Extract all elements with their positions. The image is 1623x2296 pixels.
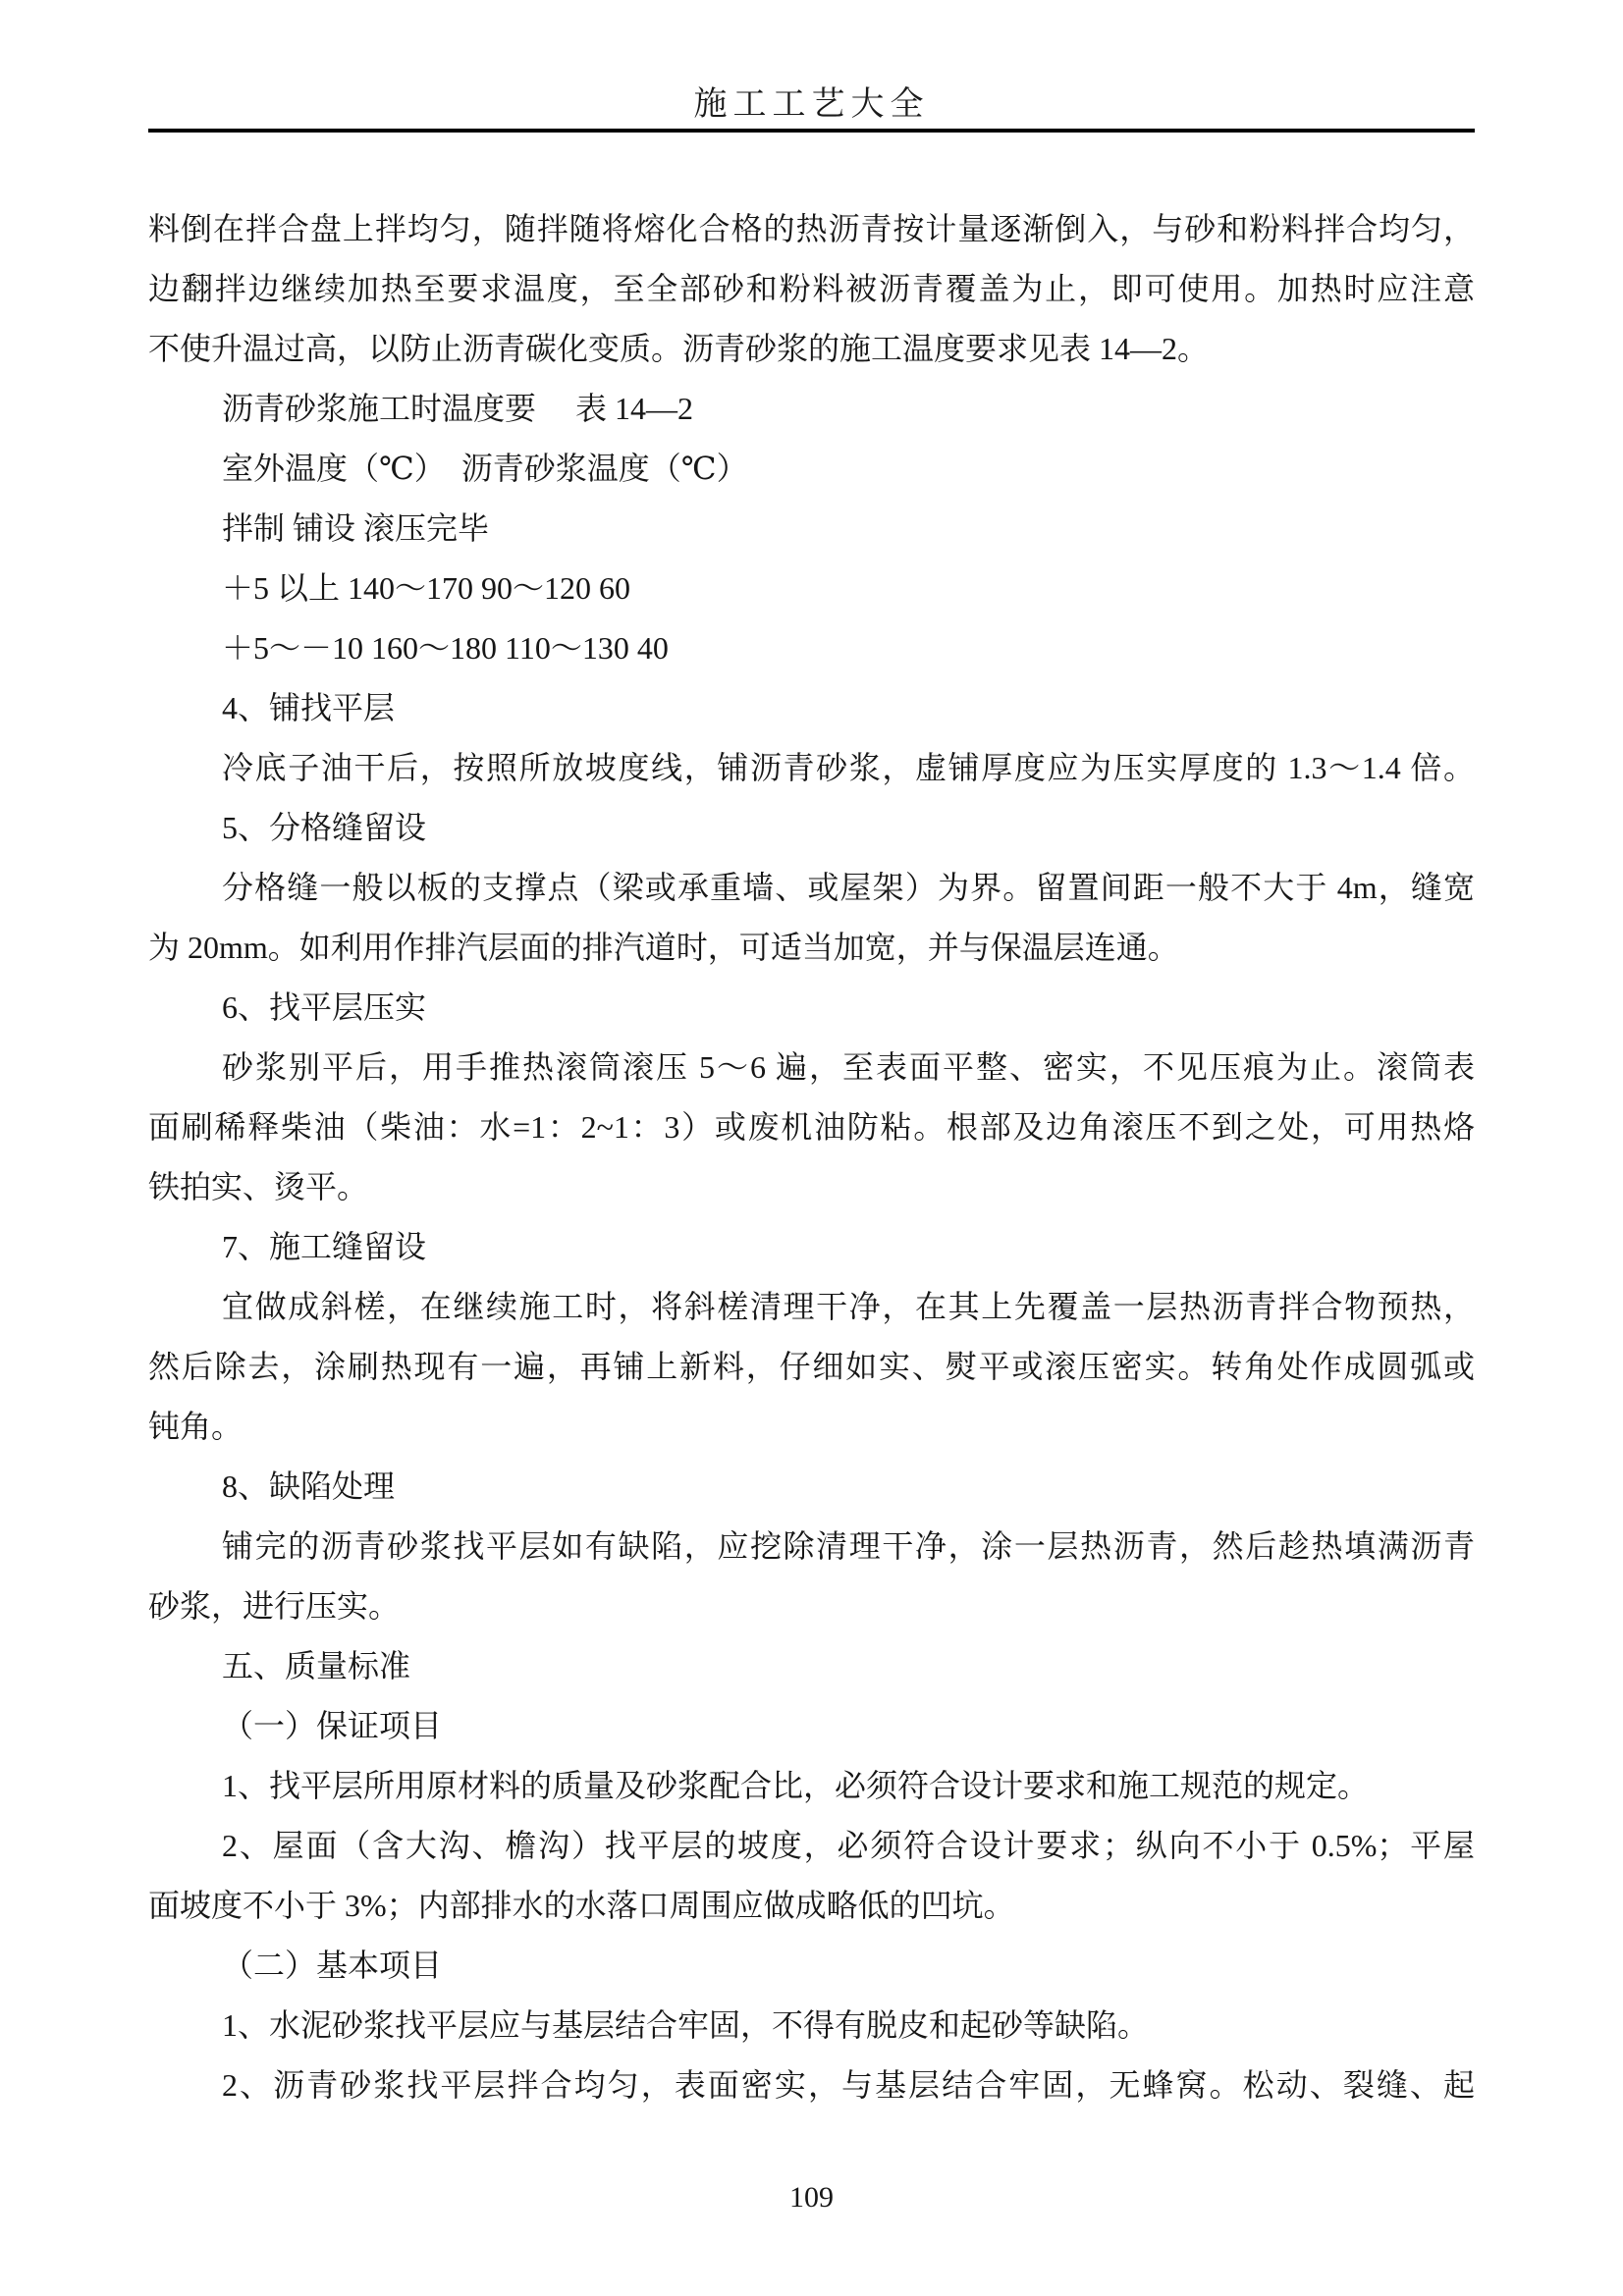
paragraph: 冷底子油干后，按照所放坡度线，铺沥青砂浆，虚铺厚度应为压实厚度的 1.3～1.4…: [148, 738, 1475, 798]
text-line: 铁拍实、烫平。: [148, 1157, 1475, 1217]
paragraph: 分格缝一般以板的支撑点（梁或承重墙、或屋架）为界。留置间距一般不大于 4m，缝宽…: [148, 858, 1475, 978]
text-line: 7、施工缝留设: [148, 1217, 1475, 1277]
header-rule: [148, 129, 1475, 133]
text-line: （二）基本项目: [148, 1936, 1475, 1996]
paragraph: ＋5 以上 140～170 90～120 60: [148, 559, 1475, 618]
text-line: 面刷稀释柴油（柴油：水=1：2~1：3）或废机油防粘。根部及边角滚压不到之处，可…: [148, 1097, 1475, 1157]
text-line: 钝角。: [148, 1397, 1475, 1457]
text-line: 然后除去，涂刷热现有一遍，再铺上新料，仔细如实、熨平或滚压密实。转角处作成圆弧或: [148, 1337, 1475, 1397]
text-line: 分格缝一般以板的支撑点（梁或承重墙、或屋架）为界。留置间距一般不大于 4m，缝宽: [148, 858, 1475, 918]
paragraph: 2、沥青砂浆找平层拌合均匀，表面密实，与基层结合牢固，无蜂窝。松动、裂缝、起: [148, 2056, 1475, 2115]
paragraph: 2、屋面（含大沟、檐沟）找平层的坡度，必须符合设计要求；纵向不小于 0.5%；平…: [148, 1816, 1475, 1936]
paragraph: 室外温度（℃） 沥青砂浆温度（℃）: [148, 439, 1475, 499]
text-line: 1、找平层所用原材料的质量及砂浆配合比，必须符合设计要求和施工规范的规定。: [148, 1756, 1475, 1816]
paragraph: 砂浆别平后，用手推热滚筒滚压 5～6 遍，至表面平整、密实，不见压痕为止。滚筒表…: [148, 1038, 1475, 1217]
document-body: 料倒在拌合盘上拌均匀，随拌随将熔化合格的热沥青按计量逐渐倒入，与砂和粉料拌合均匀…: [148, 199, 1475, 2115]
page-header-title: 施工工艺大全: [148, 88, 1475, 122]
paragraph: 1、找平层所用原材料的质量及砂浆配合比，必须符合设计要求和施工规范的规定。: [148, 1756, 1475, 1816]
document-page: 施工工艺大全 料倒在拌合盘上拌均匀，随拌随将熔化合格的热沥青按计量逐渐倒入，与砂…: [0, 0, 1623, 2296]
text-line: 五、质量标准: [148, 1636, 1475, 1696]
paragraph: ＋5～－10 160～180 110～130 40: [148, 618, 1475, 678]
text-line: 料倒在拌合盘上拌均匀，随拌随将熔化合格的热沥青按计量逐渐倒入，与砂和粉料拌合均匀…: [148, 199, 1475, 259]
paragraph: 拌制 铺设 滚压完毕: [148, 499, 1475, 559]
page-number: 109: [0, 2183, 1623, 2213]
paragraph: 铺完的沥青砂浆找平层如有缺陷，应挖除清理干净，涂一层热沥青，然后趁热填满沥青砂浆…: [148, 1517, 1475, 1636]
text-line: 8、缺陷处理: [148, 1457, 1475, 1517]
text-line: 室外温度（℃） 沥青砂浆温度（℃）: [148, 439, 1475, 499]
text-line: 砂浆，进行压实。: [148, 1576, 1475, 1636]
text-line: 沥青砂浆施工时温度要 表 14—2: [148, 379, 1475, 439]
text-line: 拌制 铺设 滚压完毕: [148, 499, 1475, 559]
paragraph: 5、分格缝留设: [148, 798, 1475, 858]
text-line: 冷底子油干后，按照所放坡度线，铺沥青砂浆，虚铺厚度应为压实厚度的 1.3～1.4…: [148, 738, 1475, 798]
text-line: 边翻拌边继续加热至要求温度，至全部砂和粉料被沥青覆盖为止，即可使用。加热时应注意: [148, 259, 1475, 319]
paragraph: 1、水泥砂浆找平层应与基层结合牢固，不得有脱皮和起砂等缺陷。: [148, 1996, 1475, 2056]
paragraph: 8、缺陷处理: [148, 1457, 1475, 1517]
paragraph: 6、找平层压实: [148, 978, 1475, 1038]
text-line: ＋5～－10 160～180 110～130 40: [148, 618, 1475, 678]
text-line: 铺完的沥青砂浆找平层如有缺陷，应挖除清理干净，涂一层热沥青，然后趁热填满沥青: [148, 1517, 1475, 1576]
paragraph: （一）保证项目: [148, 1696, 1475, 1756]
text-line: ＋5 以上 140～170 90～120 60: [148, 559, 1475, 618]
paragraph: （二）基本项目: [148, 1936, 1475, 1996]
paragraph: 4、铺找平层: [148, 678, 1475, 738]
text-line: 为 20mm。如利用作排汽层面的排汽道时，可适当加宽，并与保温层连通。: [148, 918, 1475, 978]
text-line: 1、水泥砂浆找平层应与基层结合牢固，不得有脱皮和起砂等缺陷。: [148, 1996, 1475, 2056]
text-line: 宜做成斜槎，在继续施工时，将斜槎清理干净，在其上先覆盖一层热沥青拌合物预热，: [148, 1277, 1475, 1337]
text-line: 砂浆别平后，用手推热滚筒滚压 5～6 遍，至表面平整、密实，不见压痕为止。滚筒表: [148, 1038, 1475, 1097]
paragraph: 宜做成斜槎，在继续施工时，将斜槎清理干净，在其上先覆盖一层热沥青拌合物预热，然后…: [148, 1277, 1475, 1457]
text-line: 2、沥青砂浆找平层拌合均匀，表面密实，与基层结合牢固，无蜂窝。松动、裂缝、起: [148, 2056, 1475, 2115]
paragraph: 五、质量标准: [148, 1636, 1475, 1696]
text-line: 5、分格缝留设: [148, 798, 1475, 858]
paragraph: 沥青砂浆施工时温度要 表 14—2: [148, 379, 1475, 439]
text-line: 面坡度不小于 3%；内部排水的水落口周围应做成略低的凹坑。: [148, 1876, 1475, 1936]
text-line: 4、铺找平层: [148, 678, 1475, 738]
paragraph: 7、施工缝留设: [148, 1217, 1475, 1277]
text-line: 不使升温过高，以防止沥青碳化变质。沥青砂浆的施工温度要求见表 14—2。: [148, 319, 1475, 379]
text-line: （一）保证项目: [148, 1696, 1475, 1756]
text-line: 2、屋面（含大沟、檐沟）找平层的坡度，必须符合设计要求；纵向不小于 0.5%；平…: [148, 1816, 1475, 1876]
paragraph: 料倒在拌合盘上拌均匀，随拌随将熔化合格的热沥青按计量逐渐倒入，与砂和粉料拌合均匀…: [148, 199, 1475, 379]
text-line: 6、找平层压实: [148, 978, 1475, 1038]
